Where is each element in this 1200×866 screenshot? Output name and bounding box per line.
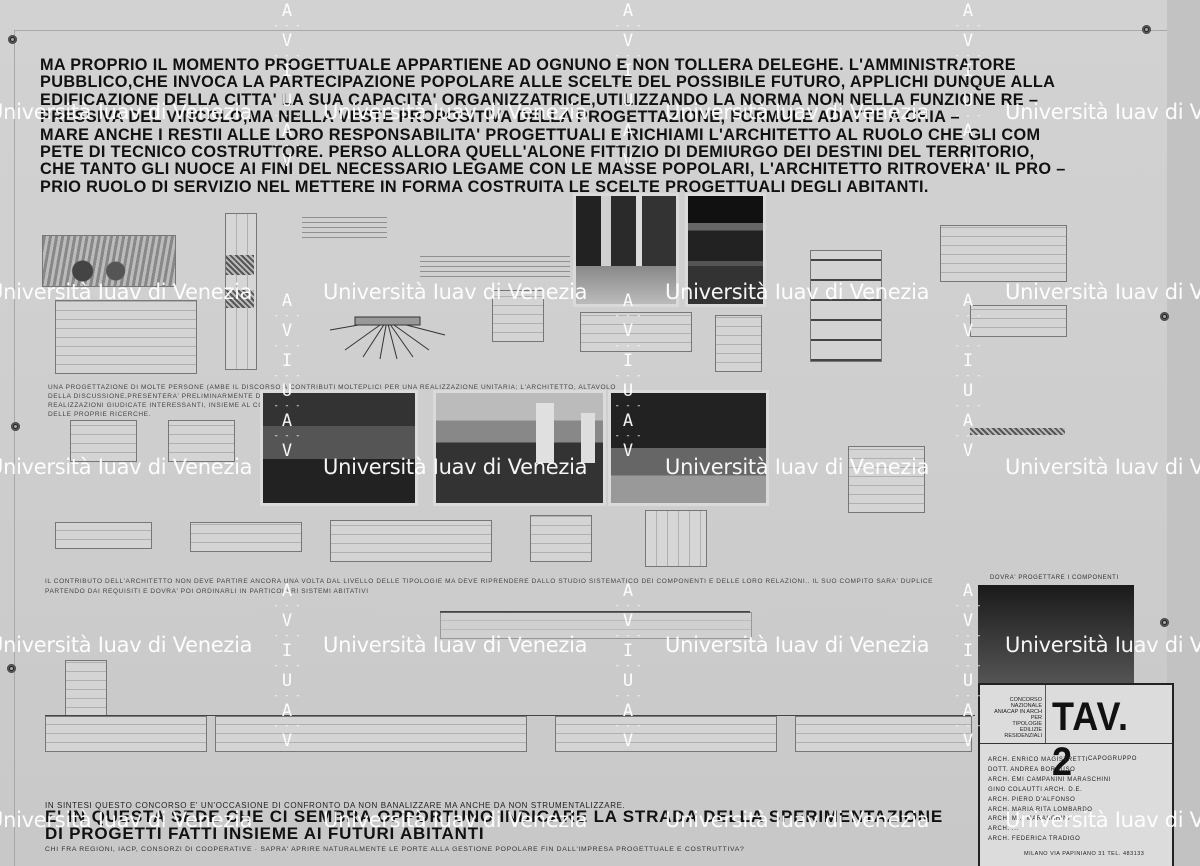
- watermark-text: Università Iuav di Venezia: [1005, 100, 1200, 124]
- capogruppo-label: CAPOGRUPPO: [1088, 756, 1137, 762]
- watermark-vertical: A- - -V- - -I- - -U- - -A- - -V: [953, 292, 983, 460]
- watermark-vertical: A- - -V- - -I- - -U- - -A- - -V: [272, 2, 302, 170]
- hatch: [226, 255, 254, 275]
- caption-text: IL CONTRIBUTO DELL'ARCHITETTO NON DEVE P…: [45, 577, 933, 586]
- pin-icon: [1160, 618, 1169, 627]
- watermark-text: Università Iuav di Venezia: [0, 808, 252, 832]
- watermark-text: Università Iuav di Venezia: [0, 280, 252, 304]
- watermark-text: Università Iuav di Venezia: [323, 633, 587, 657]
- watermark-text: Università Iuav di Venezia: [0, 455, 252, 479]
- team-member: ARCH. PIERO D'ALFONSO: [988, 796, 1111, 806]
- team-member: GINO COLAUTTI ARCH. D.E.: [988, 786, 1111, 796]
- team-member: ARCH. EMI CAMPANINI MARASCHINI: [988, 776, 1111, 786]
- room-elevation: [215, 716, 527, 752]
- watermark-vertical: A- - -V- - -I- - -U- - -A- - -V: [272, 292, 302, 460]
- team-member: ARCH. FEDERICA TRADIGO: [988, 835, 1111, 845]
- exhibition-board: MA PROPRIO IL MOMENTO PROGETTUALE APPART…: [0, 0, 1200, 866]
- room-elevation: [555, 716, 777, 752]
- room-elevation: [45, 716, 207, 752]
- watermark-text: Università Iuav di Venezia: [665, 280, 929, 304]
- component-detail: [65, 660, 107, 717]
- watermark-text: Università Iuav di Venezia: [1005, 280, 1200, 304]
- pin-icon: [1142, 25, 1151, 34]
- caption-text: DELLA DISCUSSIONE,PRESENTERA' PRELIMINAR…: [48, 392, 279, 401]
- side-photo-caption: DOVRA' PROGETTARE I COMPONENTI: [990, 575, 1119, 581]
- watermark-text: Università Iuav di Venezia: [323, 808, 587, 832]
- watermark-text: Università Iuav di Venezia: [323, 455, 587, 479]
- watermark-vertical: A- - -V- - -I- - -U- - -A- - -V: [613, 2, 643, 170]
- watermark-text: Università Iuav di Venezia: [1005, 808, 1200, 832]
- caption-text: PARTENDO DAI REQUISITI E DOVRA' POI ORDI…: [45, 587, 369, 596]
- pin-icon: [7, 664, 16, 673]
- fan-plan: [325, 315, 450, 360]
- stair-section: [645, 510, 707, 567]
- room-elevation: [795, 716, 972, 752]
- pin-icon: [11, 422, 20, 431]
- address: MILANO VIA PAPINIANO 31 TEL. 483133: [1024, 851, 1144, 857]
- title-block: CONCORSO NAZIONALE ANIACAP IN ARCH PER T…: [978, 683, 1174, 866]
- photo-towers: [573, 193, 679, 307]
- watermark-vertical: A- - -V- - -I- - -U- - -A- - -V: [953, 582, 983, 750]
- section-drawing: [810, 250, 882, 362]
- watermark-text: Università Iuav di Venezia: [665, 455, 929, 479]
- watermark-text: Università Iuav di Venezia: [0, 633, 252, 657]
- house-sections: [940, 225, 1067, 282]
- watermark-text: Università Iuav di Venezia: [1005, 455, 1200, 479]
- divider: [1045, 685, 1046, 743]
- section-drawing: [330, 520, 492, 562]
- pin-icon: [1160, 312, 1169, 321]
- note-text: [420, 255, 570, 277]
- watermark-vertical: A- - -V- - -I- - -U- - -A- - -V: [953, 2, 983, 170]
- watermark-vertical: A- - -V- - -I- - -U- - -A- - -V: [613, 292, 643, 460]
- beam-section: [970, 428, 1065, 435]
- unit-plan: [715, 315, 762, 372]
- house-plans: [55, 300, 197, 374]
- watermark-text: Università Iuav di Venezia: [323, 100, 587, 124]
- divider: [980, 743, 1172, 744]
- watermark-text: Università Iuav di Venezia: [323, 280, 587, 304]
- watermark-text: Università Iuav di Venezia: [665, 100, 929, 124]
- footer-question: CHI FRA REGIONI, IACP, CONSORZI DI COOPE…: [45, 846, 745, 853]
- watermark-text: Università Iuav di Venezia: [0, 100, 252, 124]
- elevation-drawing: [55, 522, 152, 549]
- photo-housing-blocks: [433, 390, 606, 506]
- pin-icon: [8, 35, 17, 44]
- watermark-vertical: A- - -V- - -I- - -U- - -A- - -V: [613, 582, 643, 750]
- caption-text: DELLE PROPRIE RICERCHE.: [48, 410, 151, 419]
- watermark-vertical: A- - -V- - -I- - -U- - -A- - -V: [272, 582, 302, 750]
- team-member: DOTT. ANDREA BORRUSO: [988, 766, 1111, 776]
- competition-label: CONCORSO NAZIONALE ANIACAP IN ARCH PER T…: [982, 697, 1042, 739]
- detail-plan: [530, 515, 592, 562]
- elevation-drawing: [190, 522, 302, 552]
- elevation-drawing: [970, 305, 1067, 337]
- watermark-text: Università Iuav di Venezia: [665, 633, 929, 657]
- note-text: [302, 216, 387, 238]
- watermark-text: Università Iuav di Venezia: [665, 808, 929, 832]
- watermark-text: Università Iuav di Venezia: [1005, 633, 1200, 657]
